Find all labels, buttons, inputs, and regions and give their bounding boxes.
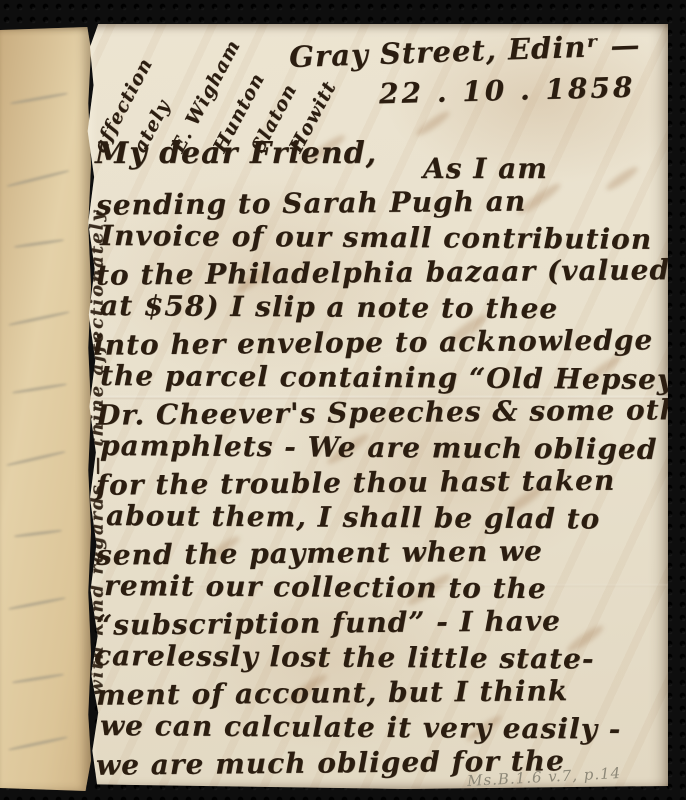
letter-sheet: affection ately E. Wigham Hunton Slaton …: [83, 24, 668, 789]
body-line: the parcel containing “Old Hepsey”: [100, 359, 664, 398]
faded-writing-mark: [7, 169, 70, 187]
body-line: at $58) I slip a note to thee: [100, 289, 664, 328]
opening-phrase: As I am: [423, 152, 548, 185]
under-page-edge: [0, 27, 91, 791]
body-line: to the Philadelphia bazaar (valued: [96, 253, 664, 293]
body-line: Invoice of our small contribution: [100, 219, 664, 258]
date-line: 22 . 10 . 1858: [379, 71, 636, 111]
body-line: carelessly lost the little state-: [94, 639, 664, 678]
faded-writing-mark: [14, 529, 62, 538]
body-line: pamphlets - We are much obliged: [100, 429, 664, 468]
body-line: into her envelope to acknowledge: [93, 323, 664, 363]
body-line: remit our collection to the: [104, 569, 664, 608]
body-line: for the trouble thou hast taken: [96, 463, 664, 503]
salutation-line: My dear Friend,: [95, 136, 377, 171]
body-line: we can calculate it very easily -: [100, 709, 664, 748]
body-line: Dr. Cheever's Speeches & some other: [96, 393, 664, 433]
bleed-through-stain: [414, 108, 452, 138]
faded-writing-mark: [12, 383, 67, 395]
faded-writing-mark: [10, 92, 68, 105]
body-line: sending to Sarah Pugh an: [96, 183, 664, 223]
faded-writing-mark: [8, 736, 67, 751]
faded-writing-mark: [14, 239, 64, 249]
body-line: about them, I shall be glad to: [106, 499, 664, 538]
body-line: “subscription fund” - I have: [96, 603, 664, 643]
scanner-background: affection ately E. Wigham Hunton Slaton …: [0, 0, 686, 800]
letter-body: sending to Sarah Pugh an Invoice of our …: [96, 186, 664, 781]
faded-writing-mark: [8, 311, 69, 327]
faded-writing-mark: [8, 596, 66, 610]
faded-writing-mark: [6, 450, 65, 466]
faded-writing-mark: [12, 673, 64, 684]
body-line: send the payment when we: [96, 533, 664, 573]
body-line: ment of account, but I think: [96, 673, 664, 713]
